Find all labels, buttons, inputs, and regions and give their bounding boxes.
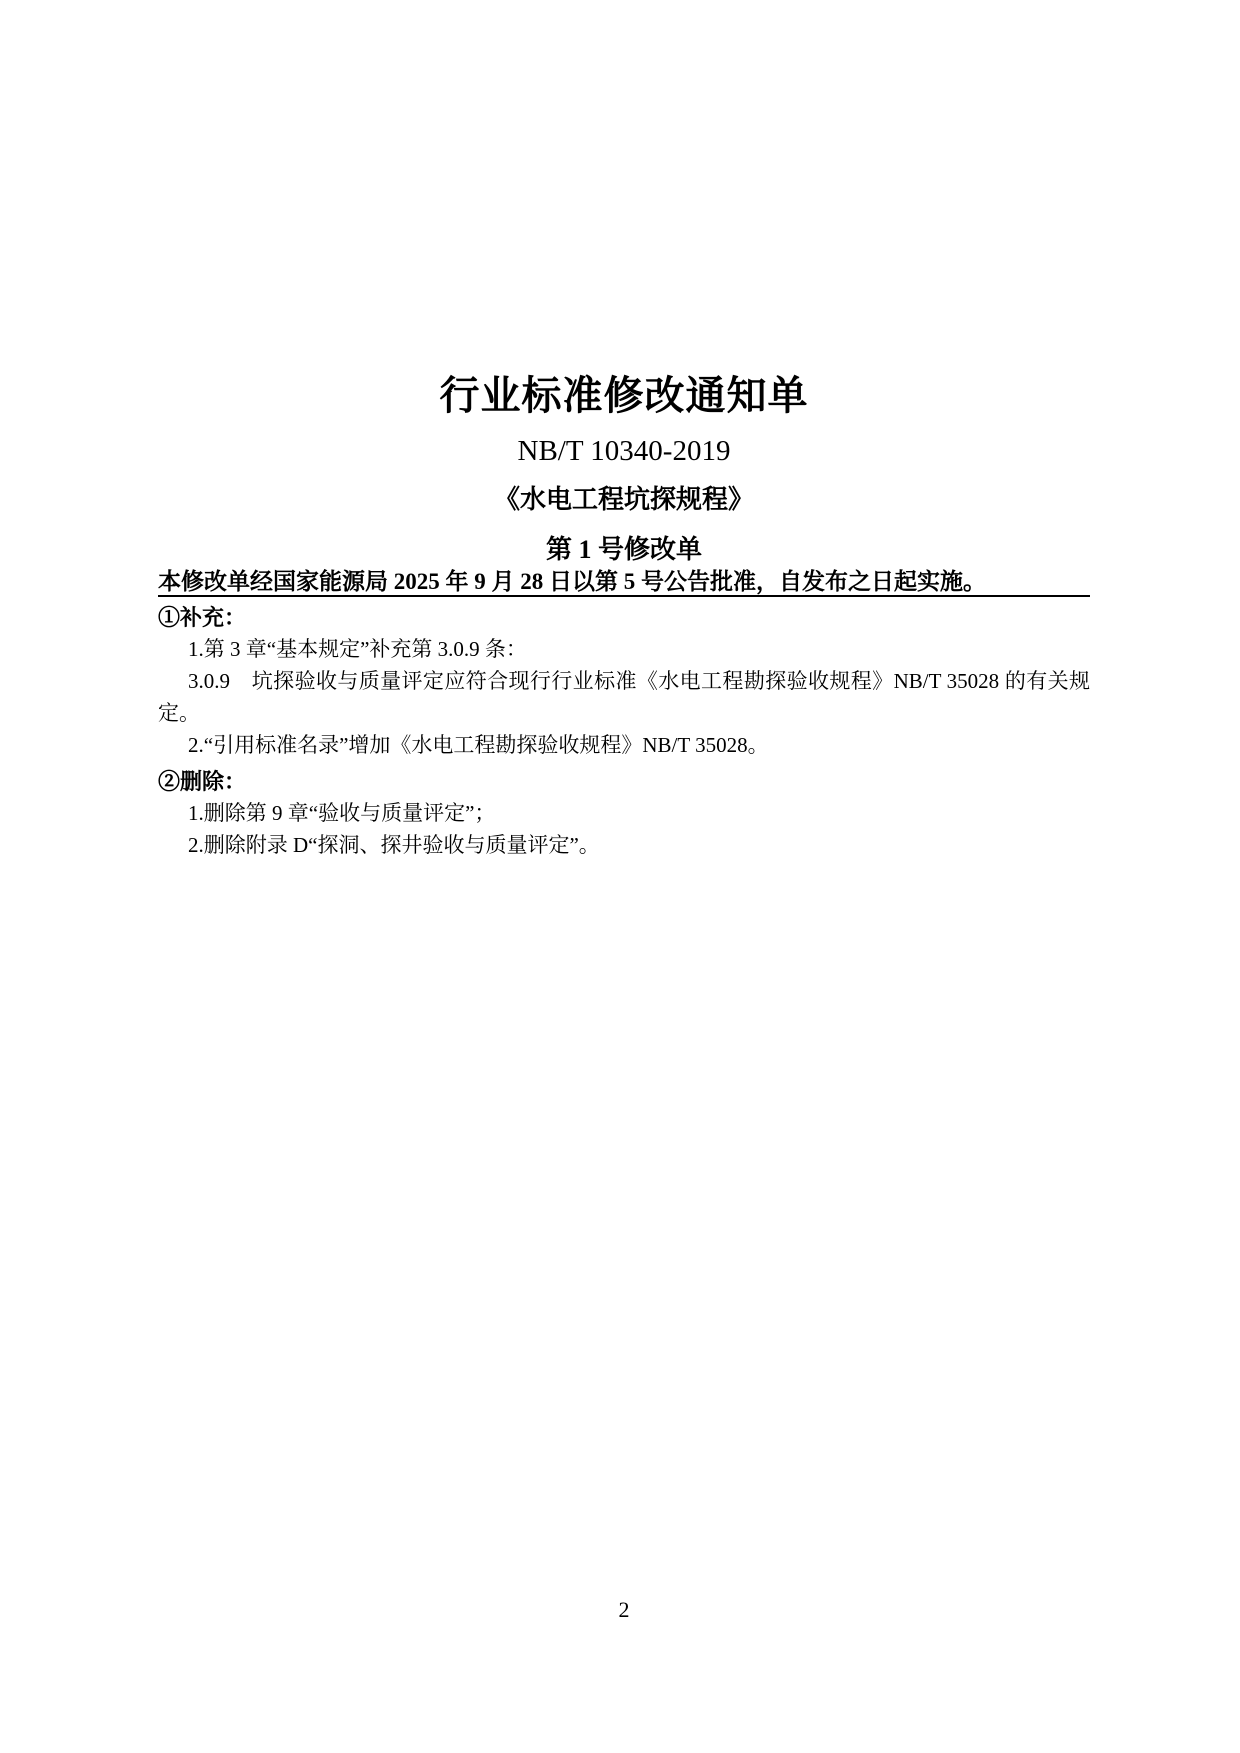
section-supplement: ①补充： 1.第 3 章“基本规定”补充第 3.0.9 条： 3.0.9 坑探验… — [158, 606, 1090, 761]
approval-statement: 本修改单经国家能源局 2025 年 9 月 28 日以第 5 号公告批准，自发布… — [158, 569, 1090, 597]
section-deletion-heading: ②删除： — [158, 770, 1090, 794]
section-deletion: ②删除： 1.删除第 9 章“验收与质量评定”； 2.删除附录 D“探洞、探井验… — [158, 770, 1090, 861]
supplement-paragraph-1: 1.第 3 章“基本规定”补充第 3.0.9 条： — [158, 633, 1090, 665]
standard-name: 《水电工程坑探规程》 — [158, 486, 1090, 513]
amendment-title: 第 1 号修改单 — [158, 536, 1090, 563]
standard-number: NB/T 10340-2019 — [158, 436, 1090, 466]
document-page: 行业标准修改通知单 NB/T 10340-2019 《水电工程坑探规程》 第 1… — [0, 0, 1240, 1753]
section-deletion-body: 1.删除第 9 章“验收与质量评定”； 2.删除附录 D“探洞、探井验收与质量评… — [158, 797, 1090, 861]
page-number: 2 — [158, 1598, 1090, 1622]
deletion-paragraph-2: 2.删除附录 D“探洞、探井验收与质量评定”。 — [158, 829, 1090, 861]
section-supplement-body: 1.第 3 章“基本规定”补充第 3.0.9 条： 3.0.9 坑探验收与质量评… — [158, 633, 1090, 761]
supplement-paragraph-2: 3.0.9 坑探验收与质量评定应符合现行行业标准《水电工程勘探验收规程》NB/T… — [158, 665, 1090, 729]
document-title: 行业标准修改通知单 — [158, 376, 1090, 416]
section-supplement-heading: ①补充： — [158, 606, 1090, 630]
supplement-paragraph-3: 2.“引用标准名录”增加《水电工程勘探验收规程》NB/T 35028。 — [158, 729, 1090, 761]
deletion-paragraph-1: 1.删除第 9 章“验收与质量评定”； — [158, 797, 1090, 829]
